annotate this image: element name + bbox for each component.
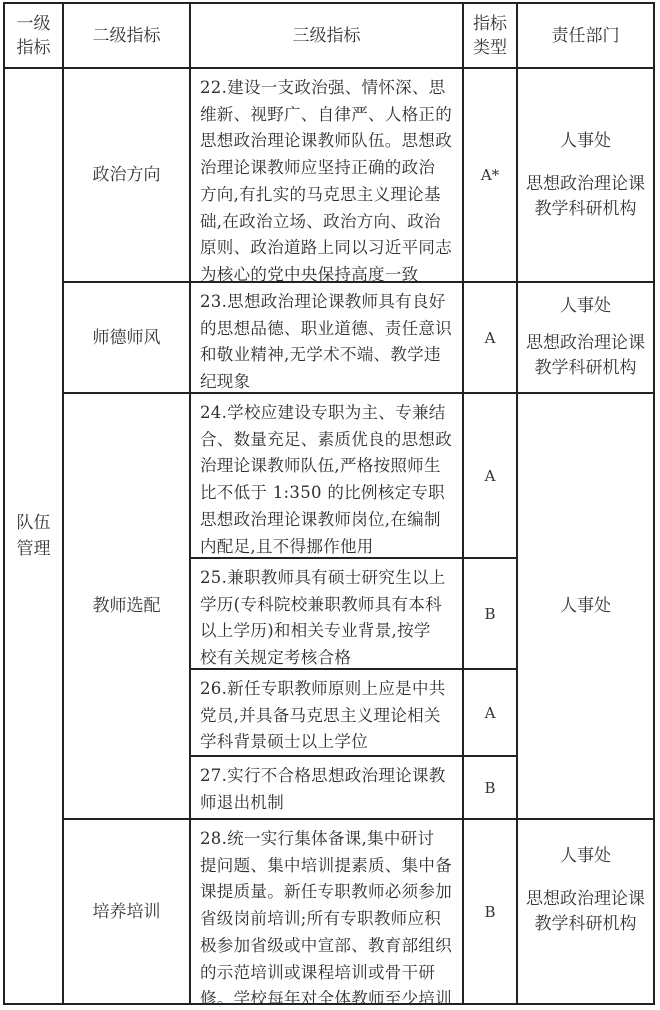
indicator-25: 25.兼职教师具有硕士研究生以上 学历(专科院校兼职教师具有本科 以上学历)和相… (191, 559, 462, 668)
type-28: B (464, 820, 516, 1003)
text-line: 师退出机制 (200, 790, 446, 817)
indicator-23: 23.思想政治理论课教师具有良好 的思想品德、职业道德、责任意识 和敬业精神,无… (191, 283, 462, 392)
text-line: 极参加省级或中宣部、教育部组织 (200, 933, 452, 960)
text-line: 的示范培训或课程培训或骨干研 (200, 960, 452, 987)
text-line: 党员,并具备马克思主义理论相关 (200, 703, 446, 730)
text-line: 校有关规定考核合格 (200, 645, 446, 672)
indicator-22: 22.建设一支政治强、情怀深、思 维新、视野广、自律严、人格正的 思想政治理论课… (191, 69, 462, 281)
level2-training-label: 培养培训 (93, 899, 161, 925)
text-line: 内配足,且不得挪作他用 (200, 534, 452, 561)
text-line: 以上学历)和相关专业背景,按学 (200, 618, 446, 645)
dept-primary: 人事处 (560, 844, 611, 869)
level2-training: 培养培训 (64, 820, 189, 1003)
type-value: A (485, 467, 496, 485)
level2-ethics: 师德师风 (64, 283, 189, 392)
header-type: 指标 类型 (464, 4, 516, 67)
text-line: 提问题、集中培训提素质、集中备 (200, 853, 452, 880)
header-level1-line2: 指标 (17, 36, 51, 60)
type-value: B (484, 779, 495, 797)
dept-primary: 人事处 (560, 594, 611, 619)
indicator-24: 24.学校应建设专职为主、专兼结 合、数量充足、素质优良的思想政 治理论课教师队… (191, 394, 462, 557)
type-24: A (464, 394, 516, 557)
indicator-26: 26.新任专职教师原则上应是中共 党员,并具备马克思主义理论相关 学科背景硕士以… (191, 670, 462, 755)
level1-line2: 管理 (17, 536, 51, 562)
dept-secondary-line1: 思想政治理论课 (526, 172, 645, 197)
text-line: 比不低于 1:350 的比例核定专职 (200, 480, 452, 507)
type-26: A (464, 670, 516, 755)
type-value: B (484, 903, 495, 921)
dept-selection: 人事处 (518, 394, 653, 818)
text-line: 的思想品德、职业道德、责任意识 (200, 316, 452, 343)
indicator-27: 27.实行不合格思想政治理论课教 师退出机制 (191, 757, 462, 818)
dept-23: 人事处 思想政治理论课 教学科研机构 (518, 283, 653, 392)
text-line: 方向,有扎实的马克思主义理论基 (200, 182, 452, 209)
text-line: 28.统一实行集体备课,集中研讨 (200, 826, 452, 853)
text-line: 维新、视野广、自律严、人格正的 (200, 102, 452, 129)
indicator-28: 28.统一实行集体备课,集中研讨 提问题、集中培训提素质、集中备 课提质量。新任… (191, 820, 462, 1003)
text-line: 22.建设一支政治强、情怀深、思 (200, 75, 452, 102)
dept-secondary-line2: 教学科研机构 (535, 356, 637, 381)
text-line: 25.兼职教师具有硕士研究生以上 (200, 565, 446, 592)
type-22: A* (464, 69, 516, 281)
header-type-line1: 指标 (473, 12, 507, 36)
header-level1: 一级 指标 (5, 4, 62, 67)
text-line: 础,在政治立场、政治方向、政治 (200, 209, 452, 236)
text-line: 学科背景硕士以上学位 (200, 729, 446, 756)
text-line: 和敬业精神,无学术不端、教学违 (200, 342, 452, 369)
text-line: 合、数量充足、素质优良的思想政 (200, 427, 452, 454)
dept-primary: 人事处 (560, 129, 611, 154)
dept-28: 人事处 思想政治理论课 教学科研机构 (518, 820, 653, 1003)
level1-line1: 队伍 (17, 510, 51, 536)
indicator-table: 一级 指标 二级指标 三级指标 指标 类型 责任部门 队伍 管理 政治方向 师德… (3, 2, 655, 1005)
text-line: 27.实行不合格思想政治理论课教 (200, 763, 446, 790)
type-23: A (464, 283, 516, 392)
type-value: A (485, 704, 496, 722)
text-line: 纪现象 (200, 369, 452, 396)
text-line: 原则、政治道路上同以习近平同志 (200, 235, 452, 262)
dept-secondary-line1: 思想政治理论课 (526, 887, 645, 912)
header-dept: 责任部门 (518, 4, 653, 67)
type-27: B (464, 757, 516, 818)
level2-selection: 教师选配 (64, 394, 189, 818)
text-line: 思想政治理论课教师岗位,在编制 (200, 507, 452, 534)
text-line: 治理论课教师队伍,严格按照师生 (200, 453, 452, 480)
level2-politics: 政治方向 (64, 69, 189, 281)
dept-22: 人事处 思想政治理论课 教学科研机构 (518, 69, 653, 281)
header-type-line2: 类型 (473, 36, 507, 60)
text-line: 修。学校每年对全体教师至少培训 (200, 986, 452, 1003)
header-level3: 三级指标 (191, 4, 462, 67)
text-line: 省级岗前培训;所有专职教师应积 (200, 906, 452, 933)
type-value: A* (481, 166, 499, 184)
level2-politics-label: 政治方向 (93, 162, 161, 188)
type-value: A (485, 329, 496, 347)
header-level3-label: 三级指标 (293, 24, 361, 48)
level1-team-management: 队伍 管理 (5, 69, 62, 1003)
text-line: 思想政治理论课教师队伍。思想政 (200, 128, 452, 155)
level2-ethics-label: 师德师风 (93, 325, 161, 351)
header-level2: 二级指标 (64, 4, 189, 67)
dept-secondary-line2: 教学科研机构 (535, 912, 637, 937)
text-line: 26.新任专职教师原则上应是中共 (200, 676, 446, 703)
header-level1-line1: 一级 (17, 12, 51, 36)
type-25: B (464, 559, 516, 668)
dept-primary: 人事处 (560, 294, 611, 319)
text-line: 学历(专科院校兼职教师具有本科 (200, 592, 446, 619)
text-line: 课提质量。新任专职教师必须参加 (200, 879, 452, 906)
type-value: B (484, 605, 495, 623)
header-level2-label: 二级指标 (93, 24, 161, 48)
dept-secondary-line2: 教学科研机构 (535, 197, 637, 222)
header-dept-label: 责任部门 (552, 24, 620, 48)
text-line: 24.学校应建设专职为主、专兼结 (200, 400, 452, 427)
text-line: 治理论课教师应坚持正确的政治 (200, 155, 452, 182)
level2-selection-label: 教师选配 (93, 593, 161, 619)
dept-secondary-line1: 思想政治理论课 (526, 331, 645, 356)
text-line: 23.思想政治理论课教师具有良好 (200, 289, 452, 316)
